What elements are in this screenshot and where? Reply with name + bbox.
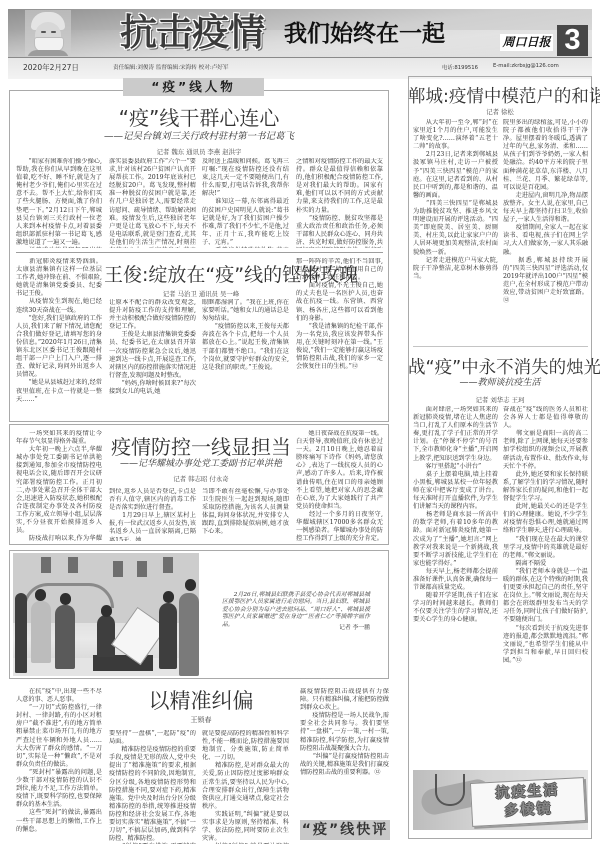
article-column: 那一阵阵的辛苦,他们不当回事,但是面对“疫”情,他们用自己的行动诠释了责任和担当… [296,258,383,418]
issue-date: 2020年2月27日 [23,62,79,73]
page-number: 3 [557,25,588,56]
article-column: 在抗“疫”中,出现一些不尽人意的事、恶人恶事。 “一刀切”式防控盛行,一律封村、… [16,688,102,844]
article-column: 一场突如其来的疫情让今年春节气氛显得格外凝重。 大年初一晚上六点半,华耀城办事处… [16,430,102,541]
column-label-people: “疫”线人物 [123,78,264,96]
article-column: 奋战在“疫”线的医务人员和社会各界人士都是值得尊敬的人。 郸文丽是商阳一高的高二… [503,406,588,760]
nurse-eye [51,31,56,33]
masthead-rule [8,57,592,58]
window [68,557,78,573]
article-column: 她日夜奋战在抗疫第一线。白天督导,夜晚值班,没有休息过一天。2月10日晚上,她忍… [296,430,383,541]
person-head [101,605,112,617]
article-byline: 记者 魏东 通讯员 李燕 赵洪宇 [9,147,389,156]
person-head [60,593,71,605]
article-divider [16,252,383,253]
column-label-commentary: “疫”线快评 [300,820,390,840]
person [15,593,27,673]
person [179,593,199,676]
article-column: 要坚持“一盘棋”,一起防“疫”的局面。 精准防控是疫情防控的重要手段,疫情是无形… [109,730,196,844]
article-column: 到位,返乡人员是否登记,卡点是否有人值守,辖区内的消毒工作是否落实到位进行督查。… [109,488,196,541]
nurse-photo [25,10,71,56]
article-byline: 记者 韩志昭 付永奇 [104,474,298,483]
article-column: 就是要提高防控的精准性和科学性,不能一概而论,防控措施要因地制宜、分类施策,防止… [202,730,289,844]
article-column: 让原本不配合的群众改变观念,提升对防疫工作的支持和理解,并主动积极配合做好疫情防… [109,299,196,418]
article-subtitle: ——教师谈抗疫生活 [408,378,592,389]
article-column: 院里多出的绿植盆,可是,小小的院子都被他们收拾得干干净净。屋里摆着的冬暖瓜,透满… [503,119,588,338]
article-byline: 记者 刘华志 王珂 [408,395,592,404]
article-byline: 记者 马治卫 通讯员 吴一峰 [104,289,298,298]
article-column: 之情和对疫情防控工作的最大支持。群众是最值得信赖和依靠的,他们积极配合疫情防控工… [296,158,383,248]
window [163,557,173,573]
article-byline: 记者 徐松 [408,107,592,116]
contact-email: E-mail:zkrbsjg@126.com [493,63,559,69]
article-column: 落实县委县政府工作“六个一”要求,针对该村26户贫困户认真开展帮扶工作。2019… [109,158,196,248]
stethoscope-icon [435,774,465,806]
nurse-eye [41,31,46,33]
article-column: “咱家有困难你们操少操心,帮助,我在你们从早到晚在这里值着,吃不好、睡不好,就是… [16,158,102,248]
nurse-shoulders [27,50,69,56]
article-column: 眼眶都湿润了。“我在上班,你在家要听话。”她和女儿的通话总是匆匆结束。 “疫情防… [202,299,289,418]
window [137,561,147,577]
person-head [35,589,46,601]
news-photo [13,553,199,676]
column-banner-illustration: 抗疫生活 多棱镜 [413,770,588,830]
photo-credit: 记者 李一鹏 [322,622,370,631]
contact-phone: 电话:8199516 [442,63,478,71]
article-subtitle: ——记华耀城办事处党工委副书记单洪艳 [104,459,298,470]
person [31,601,51,663]
article-headline: 郸城:疫情中模范户的和谐生活 [408,87,592,108]
article-subtitle: ——记吴台镇刘三关行政村驻村第一书记葛飞 [9,131,389,143]
newspaper-logo: 周口日报 [500,34,553,51]
article-author: 王锁春 [104,715,298,725]
person [97,615,115,657]
article-column: 及时送上温暖和问候。葛飞再三叮嘱:“现在疫情防控还没有结束,这几天一定不要随便出… [202,158,289,248]
article-column: 赢疫情防控阻击战提供有力保障。只有精准纠偏,才能把防控做到群众心坎上。 疫情防控… [300,688,389,816]
editor-credits: 责任编辑:刘俊涛 监督编辑:宋海转 校对:卢好军 [113,63,229,71]
article-column: 面对肆虐,一场突如其来的新冠肺炎疫情,堵在让人焦虑的当口,打乱了人们原本的生活节… [413,406,498,760]
slogan: 我们始终在一起 [284,20,445,48]
article-column: 从大年初一至今,郸“封”在家里近1个月的住户,可能发生了啥变化?……演绎着“五老… [413,119,498,338]
person-head [185,579,196,591]
window [113,561,123,577]
banner-card: 抗疫生活 多棱镜 [470,777,586,827]
window [41,557,51,573]
article-headline: “疫”线干群心连心 [9,106,389,130]
article-divider [413,346,588,347]
person [55,605,75,669]
person-head [163,591,174,603]
article-column: 当即不敢有丝毫松懈,与办事处卫生院医生一起赶到现场,随即采取防控措施,为该名人员… [202,488,289,541]
article-headline: 疫情防控一线显担当 [104,435,298,459]
section-title: 抗击疫情 [120,11,264,55]
article-headline: 战“疫”中永不消失的烛光 [408,358,592,379]
article-headline: 王俊:绽放在“疫”线的铿锵玫瑰 [104,264,298,287]
article-headline: 以精准纠偏 [104,689,298,714]
person [159,603,177,669]
article-column: 新冠肺炎疫情来势汹汹。太康县清集镇有这样一位基层工作者,她冲锋在前、不惧艰险,她… [16,258,102,418]
